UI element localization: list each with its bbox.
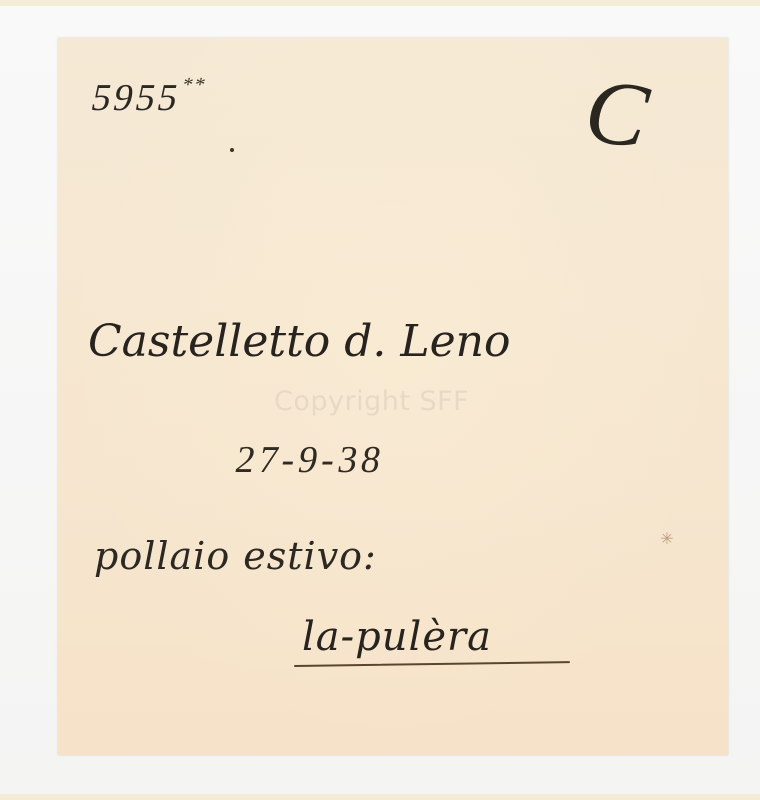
common-name-text: la-pulèra: [302, 614, 492, 660]
catalog-mark: **: [180, 74, 209, 96]
locality-text: Castelletto d. Leno: [88, 316, 510, 367]
specimen-label-paper: 5955** C Copyright SFF Castelletto d. Le…: [58, 38, 728, 755]
category-letter: C: [579, 56, 656, 170]
catalog-number-value: 5955: [88, 77, 185, 119]
common-name-underline: [294, 661, 570, 667]
ink-dot: [230, 148, 234, 152]
habitat-text: pollaio estivo:: [94, 534, 377, 578]
collection-date: 27-9-38: [232, 438, 388, 482]
catalog-number: 5955**: [87, 76, 208, 120]
mount-edge-bottom: [0, 794, 760, 800]
copyright-watermark: Copyright SFF: [274, 386, 469, 417]
paper-speck-icon: ✳: [660, 532, 674, 546]
